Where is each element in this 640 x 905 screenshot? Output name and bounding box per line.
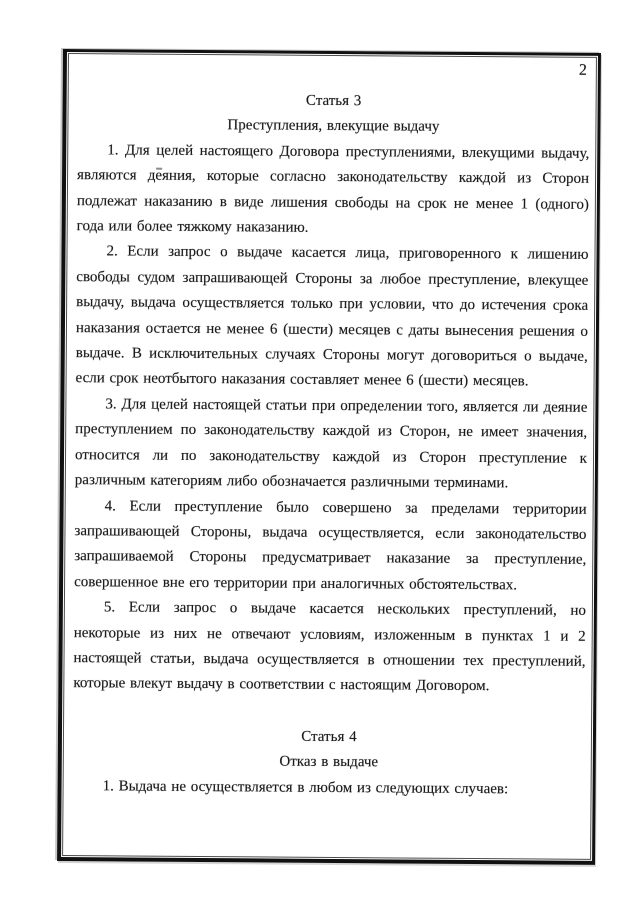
article-3-paragraph-1: 1. Для целей настоящего Договора преступ… [77,138,590,243]
article-3-title: Статья 3 [78,87,590,116]
article-3-subtitle: Преступления, влекущие выдачу [77,113,589,142]
article-3-paragraph-2: 2. Если запрос о выдаче касается лица, п… [75,240,588,396]
article-4-paragraph-1: 1. Выдача не осуществляется в любом из с… [73,774,585,803]
article-4-title: Статья 4 [73,723,585,752]
article-3-paragraph-5: 5. Если запрос о выдаче касается несколь… [73,595,586,700]
page-content: Статья 3 Преступления, влекущие выдачу 1… [73,61,590,803]
page-border-inner-line: 2 Статья 3 Преступления, влекущие выдачу… [62,53,597,860]
article-4-subtitle: Отказ в выдаче [73,748,585,777]
page-border-frame: 2 Статья 3 Преступления, влекущие выдачу… [57,49,601,865]
article-3-paragraph-3: 3. Для целей настоящей статьи при опреде… [75,392,588,497]
document-page: 2 Статья 3 Преступления, влекущие выдачу… [0,0,640,905]
article-3-paragraph-4: 4. Если преступление было совершено за п… [74,494,587,599]
